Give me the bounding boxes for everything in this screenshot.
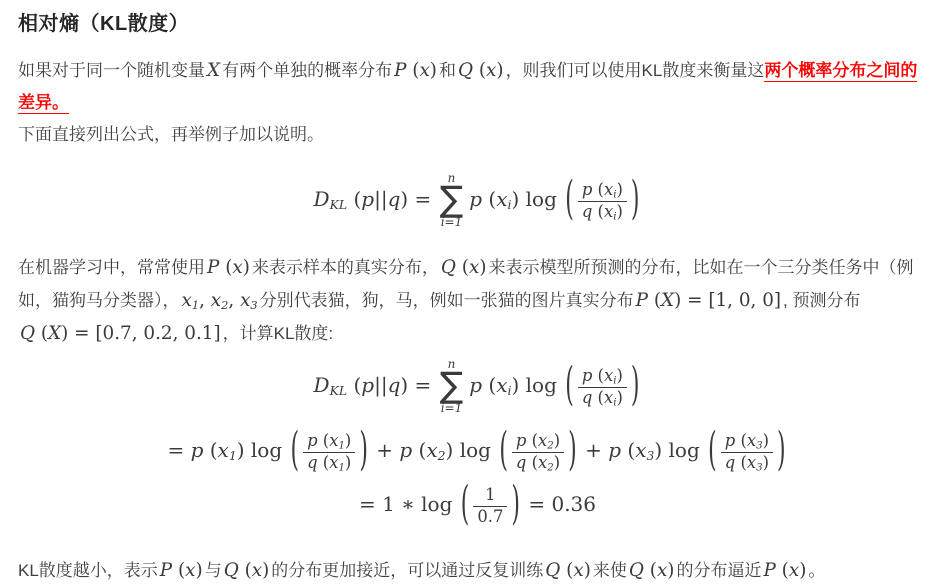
sum-lower-limit: i=1 xyxy=(441,216,463,230)
fraction-numerator: p (xi) xyxy=(578,180,627,200)
red-emphasis-text: 差异。 xyxy=(18,93,69,114)
math-variable: p xyxy=(608,438,621,462)
math-variable: x xyxy=(486,60,496,81)
math-operator-text: ( xyxy=(412,438,426,462)
inline-math: P (X) = [1, 0, 0] xyxy=(636,289,781,310)
formula-line: DKL (p||q) = n∑i=1p (xi) log (p (xi)q (x… xyxy=(18,350,937,424)
math-operator-text: ( xyxy=(203,438,217,462)
big-parenthesis: ( xyxy=(290,429,299,475)
math-variable: x xyxy=(573,560,583,581)
math-operator-text: ) log xyxy=(446,438,498,462)
text-run: ，计算KL散度: xyxy=(223,324,334,343)
fraction-numerator: 1 xyxy=(481,485,499,505)
formula-line: = 1 ∗ log (10.7) = 0.36 xyxy=(18,480,937,532)
math-variable: p xyxy=(361,373,374,397)
math-operator-text: ) xyxy=(616,202,622,221)
math-operator-text: ) = [1, 0, 0] xyxy=(674,290,781,311)
math-variable: X xyxy=(661,290,674,311)
math-variable: x1 xyxy=(329,453,345,472)
page-title: 相对熵（KL散度） xyxy=(18,12,937,36)
text-run: 的分布逼近 xyxy=(676,561,761,580)
fraction-numerator: p (x2) xyxy=(512,431,564,451)
big-parenthesis: ) xyxy=(631,178,640,224)
math-variable: xi xyxy=(604,366,617,385)
math-variable: DKL xyxy=(314,187,348,211)
math-operator-text: ( xyxy=(482,373,496,397)
math-variable: x3 xyxy=(747,453,763,472)
math-operator-text: ( xyxy=(592,180,604,199)
formula-line: = p (x1) log (p (x1)q (x1)) + p (x2) log… xyxy=(18,424,937,480)
text-run: 分别代表猫，狗，马，例如一张猫的图片真实分布 xyxy=(260,291,634,310)
math-operator-text: ( xyxy=(735,431,747,450)
inline-math: Q (X) = [0.7, 0.2, 0.1] xyxy=(20,322,221,343)
formula-content: DKL (p||q) = n∑i=1p (xi) log (p (xi)q (x… xyxy=(314,172,642,229)
math-operator-text: = 0.36 xyxy=(522,492,596,516)
math-operator-text: ( xyxy=(318,453,330,472)
inline-math: x1, x2, x3 xyxy=(182,289,258,310)
math-variable: p xyxy=(516,431,527,450)
math-operator-text: ) xyxy=(616,388,622,407)
math-variable: X xyxy=(48,323,61,344)
big-parenthesis: ) xyxy=(511,483,520,529)
math-variable: x xyxy=(657,560,667,581)
fraction-denominator: 0.7 xyxy=(473,506,507,527)
math-variable: x xyxy=(789,560,799,581)
math-operator-text: ) xyxy=(196,560,203,581)
math-variable: P xyxy=(160,560,172,581)
math-variable: Q xyxy=(20,323,35,344)
math-variable: p xyxy=(469,373,482,397)
math-operator-text: ) xyxy=(554,431,560,450)
formula-content: = p (x1) log (p (x1)q (x1)) + p (x2) log… xyxy=(167,431,787,473)
text-run: 如，猫狗马分类器）， xyxy=(18,291,180,310)
math-variable: xi xyxy=(604,388,617,407)
math-operator-text: || xyxy=(374,373,387,397)
text-run: 与 xyxy=(205,561,222,580)
math-operator-text: ( xyxy=(526,431,538,450)
big-parenthesis: ) xyxy=(359,429,368,475)
math-variable: Q xyxy=(545,560,560,581)
text-run: 有两个单独的概率分布 xyxy=(222,61,392,80)
text-run: 在机器学习中，常常使用 xyxy=(18,258,205,277)
inline-math: P (x) xyxy=(394,59,437,80)
math-variable: x1 xyxy=(218,438,237,462)
math-operator-text: ) xyxy=(616,180,622,199)
math-variable: q xyxy=(388,187,401,211)
text-run: KL散度越小，表示 xyxy=(18,561,158,580)
fraction-denominator: q (x3) xyxy=(721,452,773,473)
math-operator-text: ( xyxy=(592,366,604,385)
big-parenthesis: ) xyxy=(631,364,640,410)
fraction-numerator: p (x3) xyxy=(721,431,773,451)
paragraph-formula-intro: 下面直接列出公式，再举例子加以说明。 xyxy=(18,119,937,151)
paragraph-kl-definition: 如果对于同一个随机变量X有两个单独的概率分布P (x)和Q (x)，则我们可以使… xyxy=(18,54,937,119)
math-subscript: KL xyxy=(330,197,348,212)
math-variable: DKL xyxy=(314,373,348,397)
math-subscript: KL xyxy=(330,383,348,398)
math-variable: x1 xyxy=(329,431,345,450)
paragraph-conclusion: KL散度越小，表示P (x)与Q (x)的分布更加接近，可以通过反复训练Q (x… xyxy=(18,554,937,587)
math-operator-text: ) xyxy=(763,431,769,450)
inline-math: P (x) xyxy=(763,559,806,580)
math-operator-text: ( xyxy=(621,438,635,462)
math-variable: x2 xyxy=(426,438,445,462)
big-parenthesis: ( xyxy=(461,483,470,529)
math-variable: x xyxy=(252,560,262,581)
math-variable: x2 xyxy=(538,453,554,472)
text-run: 的分布更加接近，可以通过反复训练 xyxy=(271,561,543,580)
math-operator-text: ) log xyxy=(511,373,563,397)
formula-content: = 1 ∗ log (10.7) = 0.36 xyxy=(359,485,596,527)
math-variable: p xyxy=(191,438,204,462)
big-parenthesis: ( xyxy=(565,364,574,410)
math-variable: q xyxy=(307,453,318,472)
math-variable: P xyxy=(394,60,406,81)
math-operator-text: = xyxy=(167,438,190,462)
big-parenthesis: ) xyxy=(777,429,786,475)
text-run: ，则我们可以使用KL散度来衡量这 xyxy=(506,61,765,80)
math-variable: x3 xyxy=(747,431,763,450)
text-run: 来表示样本的真实分布， xyxy=(252,258,439,277)
math-variable: p xyxy=(307,431,318,450)
math-variable: p xyxy=(725,431,736,450)
math-fraction: p (xi)q (xi) xyxy=(578,180,627,222)
math-operator-text: ( xyxy=(526,453,538,472)
fraction-denominator: q (x1) xyxy=(303,452,355,473)
math-operator-text: ) xyxy=(799,560,806,581)
math-variable: X xyxy=(207,60,220,81)
math-variable: p xyxy=(469,187,482,211)
math-variable: x1 xyxy=(182,290,200,311)
text-run: 如果对于同一个随机变量 xyxy=(18,61,205,80)
math-operator-text: ) = [0.7, 0.2, 0.1] xyxy=(61,323,220,344)
text-run: 。 xyxy=(808,561,825,580)
math-operator-text: ) xyxy=(554,453,560,472)
math-operator-text: ( xyxy=(35,323,48,344)
big-parenthesis: ( xyxy=(708,429,717,475)
math-variable: xi xyxy=(496,187,511,211)
math-operator-text: + xyxy=(370,438,399,462)
fraction-denominator: q (xi) xyxy=(578,387,627,408)
inline-math: Q (x) xyxy=(441,256,487,277)
math-variable: P xyxy=(763,560,775,581)
math-variable: P xyxy=(636,290,648,311)
math-variable: x2 xyxy=(538,431,554,450)
math-operator-text: ( xyxy=(592,388,604,407)
big-parenthesis: ( xyxy=(565,178,574,224)
math-variable: xi xyxy=(604,180,617,199)
math-variable: Q xyxy=(629,560,644,581)
math-operator-text: ( xyxy=(239,560,252,581)
math-summation: n∑i=1 xyxy=(440,358,464,415)
math-operator-text: ) xyxy=(345,453,351,472)
math-variable: xi xyxy=(604,202,617,221)
math-operator-text: ( xyxy=(406,60,419,81)
math-operator-text: ( xyxy=(644,560,657,581)
fraction-denominator: q (x2) xyxy=(512,452,564,473)
math-operator-text: , xyxy=(228,290,240,311)
math-variable: p xyxy=(361,187,374,211)
math-operator-text: ) xyxy=(667,560,674,581)
math-operator-text: || xyxy=(374,187,387,211)
sigma-symbol: ∑ xyxy=(440,186,464,216)
math-operator-text: ( xyxy=(482,187,496,211)
math-operator-text: ( xyxy=(219,257,232,278)
red-emphasis-text: 两个概率分布之间的 xyxy=(764,61,917,82)
math-operator-text: ) = xyxy=(400,187,437,211)
math-operator-text: ) log xyxy=(511,187,563,211)
math-operator-text: ) xyxy=(430,60,437,81)
math-variable: q xyxy=(582,202,593,221)
inline-math: P (x) xyxy=(207,256,250,277)
big-parenthesis: ) xyxy=(568,429,577,475)
math-variable: p xyxy=(399,438,412,462)
math-fraction: p (xi)q (xi) xyxy=(578,366,627,408)
math-subscript: 2 xyxy=(438,448,446,463)
math-variable: x2 xyxy=(211,290,229,311)
math-operator-text: ( xyxy=(456,257,469,278)
math-subscript: 3 xyxy=(250,298,257,312)
math-variable: q xyxy=(725,453,736,472)
paragraph-ml-example: 在机器学习中，常常使用P (x)来表示样本的真实分布，Q (x)来表示模型所预测… xyxy=(18,251,937,350)
math-operator-text: + xyxy=(579,438,608,462)
math-operator-text: 0.7 xyxy=(477,507,503,526)
fraction-numerator: p (xi) xyxy=(578,366,627,386)
math-operator-text: ( xyxy=(648,290,661,311)
math-operator-text: ( xyxy=(347,187,361,211)
math-fraction: p (x1)q (x1) xyxy=(303,431,355,473)
math-variable: x xyxy=(419,60,429,81)
fraction-numerator: p (x1) xyxy=(303,431,355,451)
math-variable: x xyxy=(232,257,242,278)
math-operator-text: ) xyxy=(616,366,622,385)
math-variable: x3 xyxy=(635,438,654,462)
math-operator-text: ( xyxy=(592,202,604,221)
inline-math: P (x) xyxy=(160,559,203,580)
inline-math: Q (x) xyxy=(629,559,675,580)
math-operator-text: ( xyxy=(318,431,330,450)
math-variable: q xyxy=(582,388,593,407)
math-operator-text: ) log xyxy=(237,438,289,462)
math-subscript: 1 xyxy=(229,448,237,463)
math-operator-text: ) xyxy=(345,431,351,450)
math-operator-text: ) xyxy=(496,60,503,81)
math-variable: P xyxy=(207,257,219,278)
text-run: 来使 xyxy=(593,561,627,580)
math-operator-text: ( xyxy=(560,560,573,581)
sum-lower-limit: i=1 xyxy=(441,402,463,416)
math-operator-text: ( xyxy=(473,60,486,81)
math-variable: q xyxy=(516,453,527,472)
math-operator-text: ( xyxy=(776,560,789,581)
fraction-denominator: q (xi) xyxy=(578,201,627,222)
math-variable: x3 xyxy=(240,290,258,311)
math-operator-text: ) = xyxy=(400,373,437,397)
math-operator-text: , xyxy=(199,290,211,311)
big-parenthesis: ( xyxy=(499,429,508,475)
article-content: 相对熵（KL散度） 如果对于同一个随机变量X有两个单独的概率分布P (x)和Q … xyxy=(0,0,947,587)
math-operator-text: ( xyxy=(347,373,361,397)
math-operator-text: ) xyxy=(763,453,769,472)
math-operator-text: ) xyxy=(584,560,591,581)
math-summation: n∑i=1 xyxy=(440,172,464,229)
sigma-symbol: ∑ xyxy=(440,372,464,402)
formula-content: DKL (p||q) = n∑i=1p (xi) log (p (xi)q (x… xyxy=(314,358,642,415)
math-operator-text: 1 xyxy=(485,485,495,504)
math-operator-text: ) xyxy=(243,257,250,278)
formula-kl-divergence-definition: DKL (p||q) = n∑i=1p (xi) log (p (xi)q (x… xyxy=(18,151,937,251)
inline-math: X xyxy=(207,59,220,80)
math-variable: Q xyxy=(224,560,239,581)
math-operator-text: = 1 ∗ log xyxy=(359,492,459,516)
math-fraction: p (x3)q (x3) xyxy=(721,431,773,473)
text-run: , 预测分布 xyxy=(783,291,860,310)
math-fraction: 10.7 xyxy=(473,485,507,527)
formula-line: DKL (p||q) = n∑i=1p (xi) log (p (xi)q (x… xyxy=(18,151,937,251)
text-run: 下面直接列出公式，再举例子加以说明。 xyxy=(18,125,324,144)
math-variable: p xyxy=(582,366,593,385)
math-operator-text: ) xyxy=(262,560,269,581)
math-variable: x xyxy=(185,560,195,581)
math-variable: Q xyxy=(458,60,473,81)
math-variable: x xyxy=(469,257,479,278)
math-operator-text: ) xyxy=(479,257,486,278)
inline-math: Q (x) xyxy=(545,559,591,580)
inline-math: Q (x) xyxy=(458,59,504,80)
math-operator-text: ) log xyxy=(654,438,706,462)
math-variable: xi xyxy=(496,373,511,397)
text-run: 来表示模型所预测的分布，比如在一个三分类任务中（例 xyxy=(488,258,913,277)
math-fraction: p (x2)q (x2) xyxy=(512,431,564,473)
math-variable: Q xyxy=(441,257,456,278)
math-operator-text: ( xyxy=(735,453,747,472)
math-operator-text: ( xyxy=(172,560,185,581)
math-variable: q xyxy=(388,373,401,397)
text-run: 和 xyxy=(439,61,456,80)
math-variable: p xyxy=(582,180,593,199)
inline-math: Q (x) xyxy=(224,559,270,580)
formula-kl-example-calculation: DKL (p||q) = n∑i=1p (xi) log (p (xi)q (x… xyxy=(18,350,937,532)
